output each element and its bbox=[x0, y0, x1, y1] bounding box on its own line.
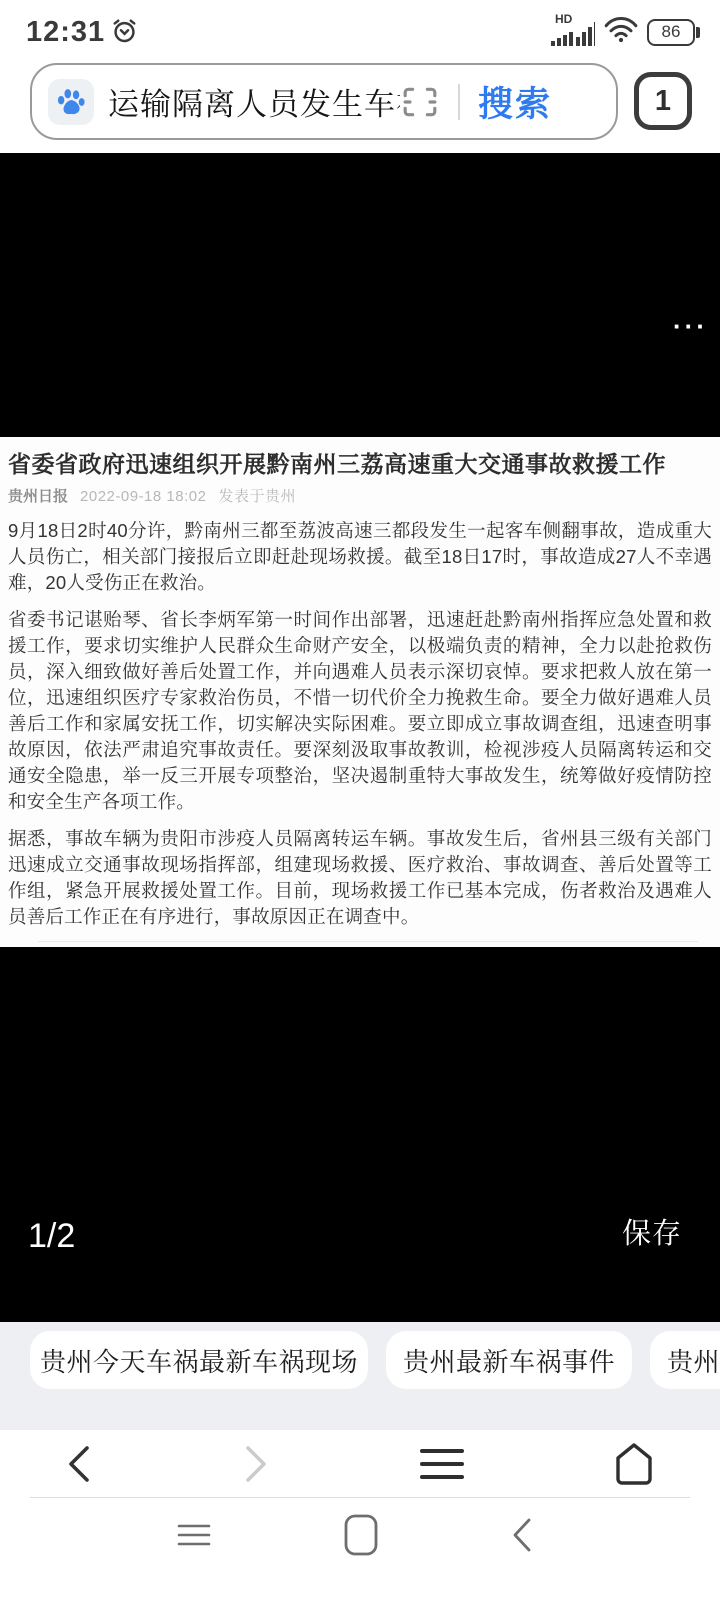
clock-time: 12:31 bbox=[26, 16, 105, 49]
article-byline: 贵州日报 2022-09-18 18:02 发表于贵州 bbox=[8, 485, 712, 506]
article-title: 省委省政府迅速组织开展黔南州三荔高速重大交通事故救援工作 bbox=[8, 449, 712, 479]
scan-qr-icon[interactable] bbox=[402, 86, 438, 118]
status-bar: 12:31 HD bbox=[0, 0, 720, 56]
system-menu-icon[interactable] bbox=[176, 1522, 212, 1548]
article-timestamp: 2022-09-18 18:02 bbox=[80, 488, 206, 505]
wifi-icon bbox=[604, 16, 638, 49]
battery-level: 86 bbox=[647, 19, 695, 46]
article-source: 贵州日报 bbox=[8, 485, 68, 506]
tab-count-button[interactable]: 1 bbox=[634, 72, 692, 130]
system-home-icon[interactable] bbox=[343, 1513, 379, 1557]
image-viewer-top: ··· bbox=[0, 153, 720, 437]
baidu-logo-icon bbox=[48, 79, 94, 125]
article-paragraph: 据悉，事故车辆为贵阳市涉疫人员隔离转运车辆。事故发生后，省州县三级有关部门迅速成… bbox=[8, 826, 712, 930]
browser-home-icon[interactable] bbox=[612, 1441, 656, 1487]
alarm-icon bbox=[111, 17, 138, 49]
browser-menu-icon[interactable] bbox=[419, 1446, 465, 1482]
article-location: 发表于贵州 bbox=[218, 485, 296, 506]
related-search-chip[interactable]: 贵州今天车祸最新车祸现场 bbox=[30, 1331, 368, 1389]
screen: 12:31 HD bbox=[0, 0, 720, 1600]
battery-icon: 86 bbox=[647, 19, 700, 46]
browser-header: 运输隔离人员发生车祸 搜索 1 bbox=[0, 56, 720, 153]
image-page-indicator: 1/2 bbox=[28, 1217, 75, 1256]
related-searches: 贵州今天车祸最新车祸现场 贵州最新车祸事件 贵州最新 bbox=[0, 1322, 720, 1430]
hd-label: HD bbox=[555, 12, 573, 26]
related-search-chip[interactable]: 贵州最新 bbox=[650, 1331, 720, 1389]
image-viewer-bottom: 1/2 保存 bbox=[0, 947, 720, 1322]
cellular-signal-icon: HD bbox=[547, 11, 595, 54]
save-image-button[interactable]: 保存 bbox=[622, 1211, 682, 1252]
search-button[interactable]: 搜索 bbox=[478, 77, 552, 127]
browser-nav-bar bbox=[0, 1430, 720, 1497]
system-nav-bar bbox=[0, 1498, 720, 1600]
search-input[interactable]: 运输隔离人员发生车祸 bbox=[108, 79, 400, 124]
related-search-chip[interactable]: 贵州最新车祸事件 bbox=[386, 1331, 632, 1389]
article-paragraph: 省委书记谌贻琴、省长李炳军第一时间作出部署，迅速赶赴黔南州指挥应急处置和救援工作… bbox=[8, 607, 712, 815]
credit-divider bbox=[38, 941, 698, 942]
article-image: 省委省政府迅速组织开展黔南州三荔高速重大交通事故救援工作 贵州日报 2022-0… bbox=[0, 437, 720, 947]
article-paragraph: 9月18日2时40分许，黔南州三都至荔波高速三都段发生一起客车侧翻事故，造成重大… bbox=[8, 518, 712, 596]
system-back-icon[interactable] bbox=[510, 1516, 534, 1554]
battery-nub bbox=[696, 27, 700, 38]
more-options-icon[interactable]: ··· bbox=[673, 311, 708, 342]
browser-forward-icon[interactable] bbox=[241, 1443, 271, 1485]
search-bar[interactable]: 运输隔离人员发生车祸 搜索 bbox=[30, 63, 618, 140]
search-divider bbox=[458, 84, 460, 120]
browser-back-icon[interactable] bbox=[64, 1443, 94, 1485]
